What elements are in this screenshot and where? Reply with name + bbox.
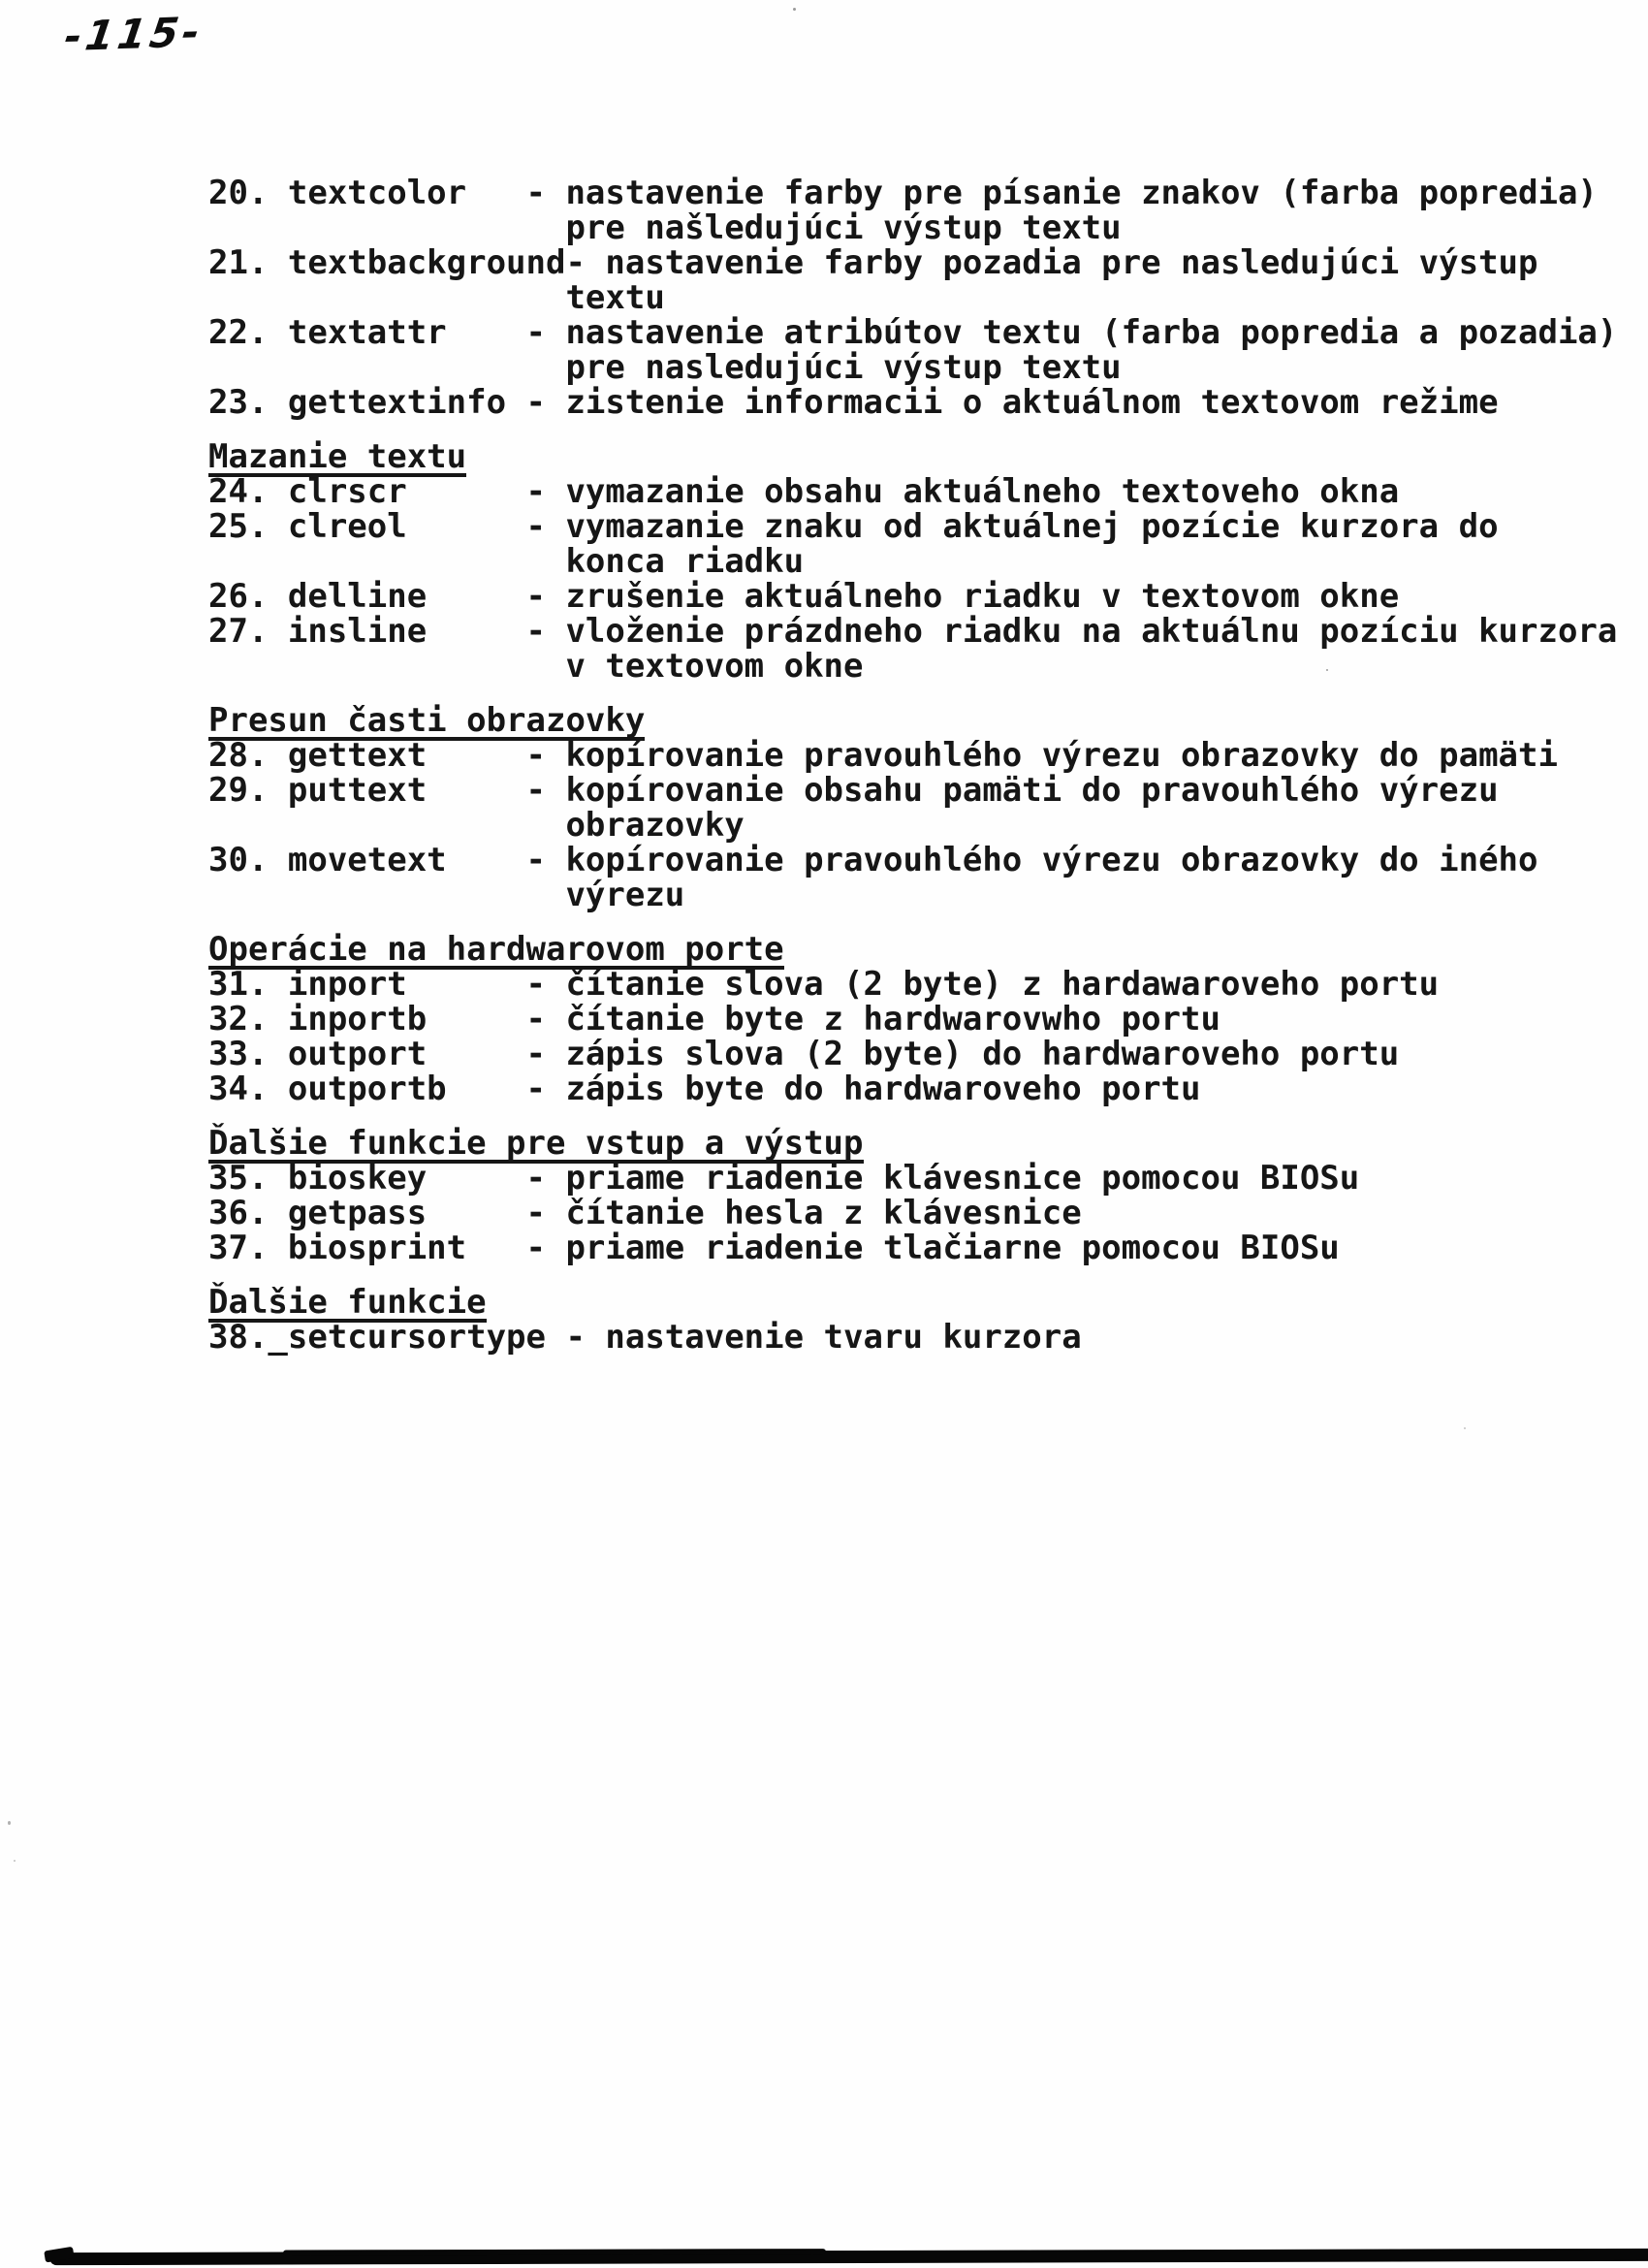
scan-speck <box>8 1821 11 1825</box>
scanned-document-page: -115- 20. textcolor - nastavenie farby p… <box>0 0 1648 2268</box>
text-line: 21. textbackground- nastavenie farby poz… <box>208 245 1648 280</box>
function-section: Ďalšie funkcie pre vstup a výstup35. bio… <box>208 1126 1648 1265</box>
section-heading: Ďalšie funkcie pre vstup a výstup <box>208 1126 1648 1161</box>
function-section: Presun časti obrazovky28. gettext - kopí… <box>208 703 1648 912</box>
text-line: 20. textcolor - nastavenie farby pre pís… <box>208 176 1648 210</box>
text-line: 31. inport - čítanie slova (2 byte) z ha… <box>208 967 1648 1002</box>
text-line: 29. puttext - kopírovanie obsahu pamäti … <box>208 773 1648 808</box>
scan-artifact-bottom-bar <box>50 2249 1648 2265</box>
section-heading: Presun časti obrazovky <box>208 703 1648 738</box>
scan-speck <box>793 8 796 11</box>
handwritten-page-number: -115- <box>62 11 206 58</box>
text-line: 26. delline - zrušenie aktuálneho riadku… <box>208 579 1648 614</box>
text-line: 23. gettextinfo - zistenie informacii o … <box>208 385 1648 420</box>
text-line: pre našledujúci výstup textu <box>208 210 1648 245</box>
scan-speck <box>14 1860 16 1862</box>
text-line: 28. gettext - kopírovanie pravouhlého vý… <box>208 738 1648 773</box>
section-heading: Operácie na hardwarovom porte <box>208 932 1648 967</box>
scan-speck <box>1326 669 1328 671</box>
text-line: 22. textattr - nastavenie atribútov text… <box>208 315 1648 350</box>
scan-speck <box>1464 1427 1466 1429</box>
text-line: 27. insline - vloženie prázdneho riadku … <box>208 614 1648 649</box>
function-section: 20. textcolor - nastavenie farby pre pís… <box>208 176 1648 420</box>
text-line: 37. biosprint - priame riadenie tlačiarn… <box>208 1230 1648 1265</box>
text-line: konca riadku <box>208 544 1648 579</box>
text-line: pre nasledujúci výstup textu <box>208 350 1648 385</box>
text-line: 34. outportb - zápis byte do hardwaroveh… <box>208 1071 1648 1106</box>
document-body: 20. textcolor - nastavenie farby pre pís… <box>208 176 1648 1355</box>
text-line: obrazovky <box>208 808 1648 843</box>
text-line: 32. inportb - čítanie byte z hardwarovwh… <box>208 1002 1648 1037</box>
text-line: 35. bioskey - priame riadenie klávesnice… <box>208 1161 1648 1196</box>
text-line: 38._setcursortype - nastavenie tvaru kur… <box>208 1320 1648 1355</box>
text-line: 30. movetext - kopírovanie pravouhlého v… <box>208 843 1648 878</box>
text-line: 33. outport - zápis slova (2 byte) do ha… <box>208 1037 1648 1071</box>
function-section: Mazanie textu24. clrscr - vymazanie obsa… <box>208 439 1648 684</box>
text-line: textu <box>208 280 1648 315</box>
text-line: 25. clreol - vymazanie znaku od aktuálne… <box>208 509 1648 544</box>
text-line: 36. getpass - čítanie hesla z klávesnice <box>208 1196 1648 1230</box>
text-line: v textovom okne <box>208 649 1648 684</box>
function-section: Ďalšie funkcie38._setcursortype - nastav… <box>208 1285 1648 1355</box>
section-heading: Ďalšie funkcie <box>208 1285 1648 1320</box>
function-section: Operácie na hardwarovom porte31. inport … <box>208 932 1648 1106</box>
text-line: 24. clrscr - vymazanie obsahu aktuálneho… <box>208 474 1648 509</box>
section-heading: Mazanie textu <box>208 439 1648 474</box>
text-line: výrezu <box>208 878 1648 912</box>
